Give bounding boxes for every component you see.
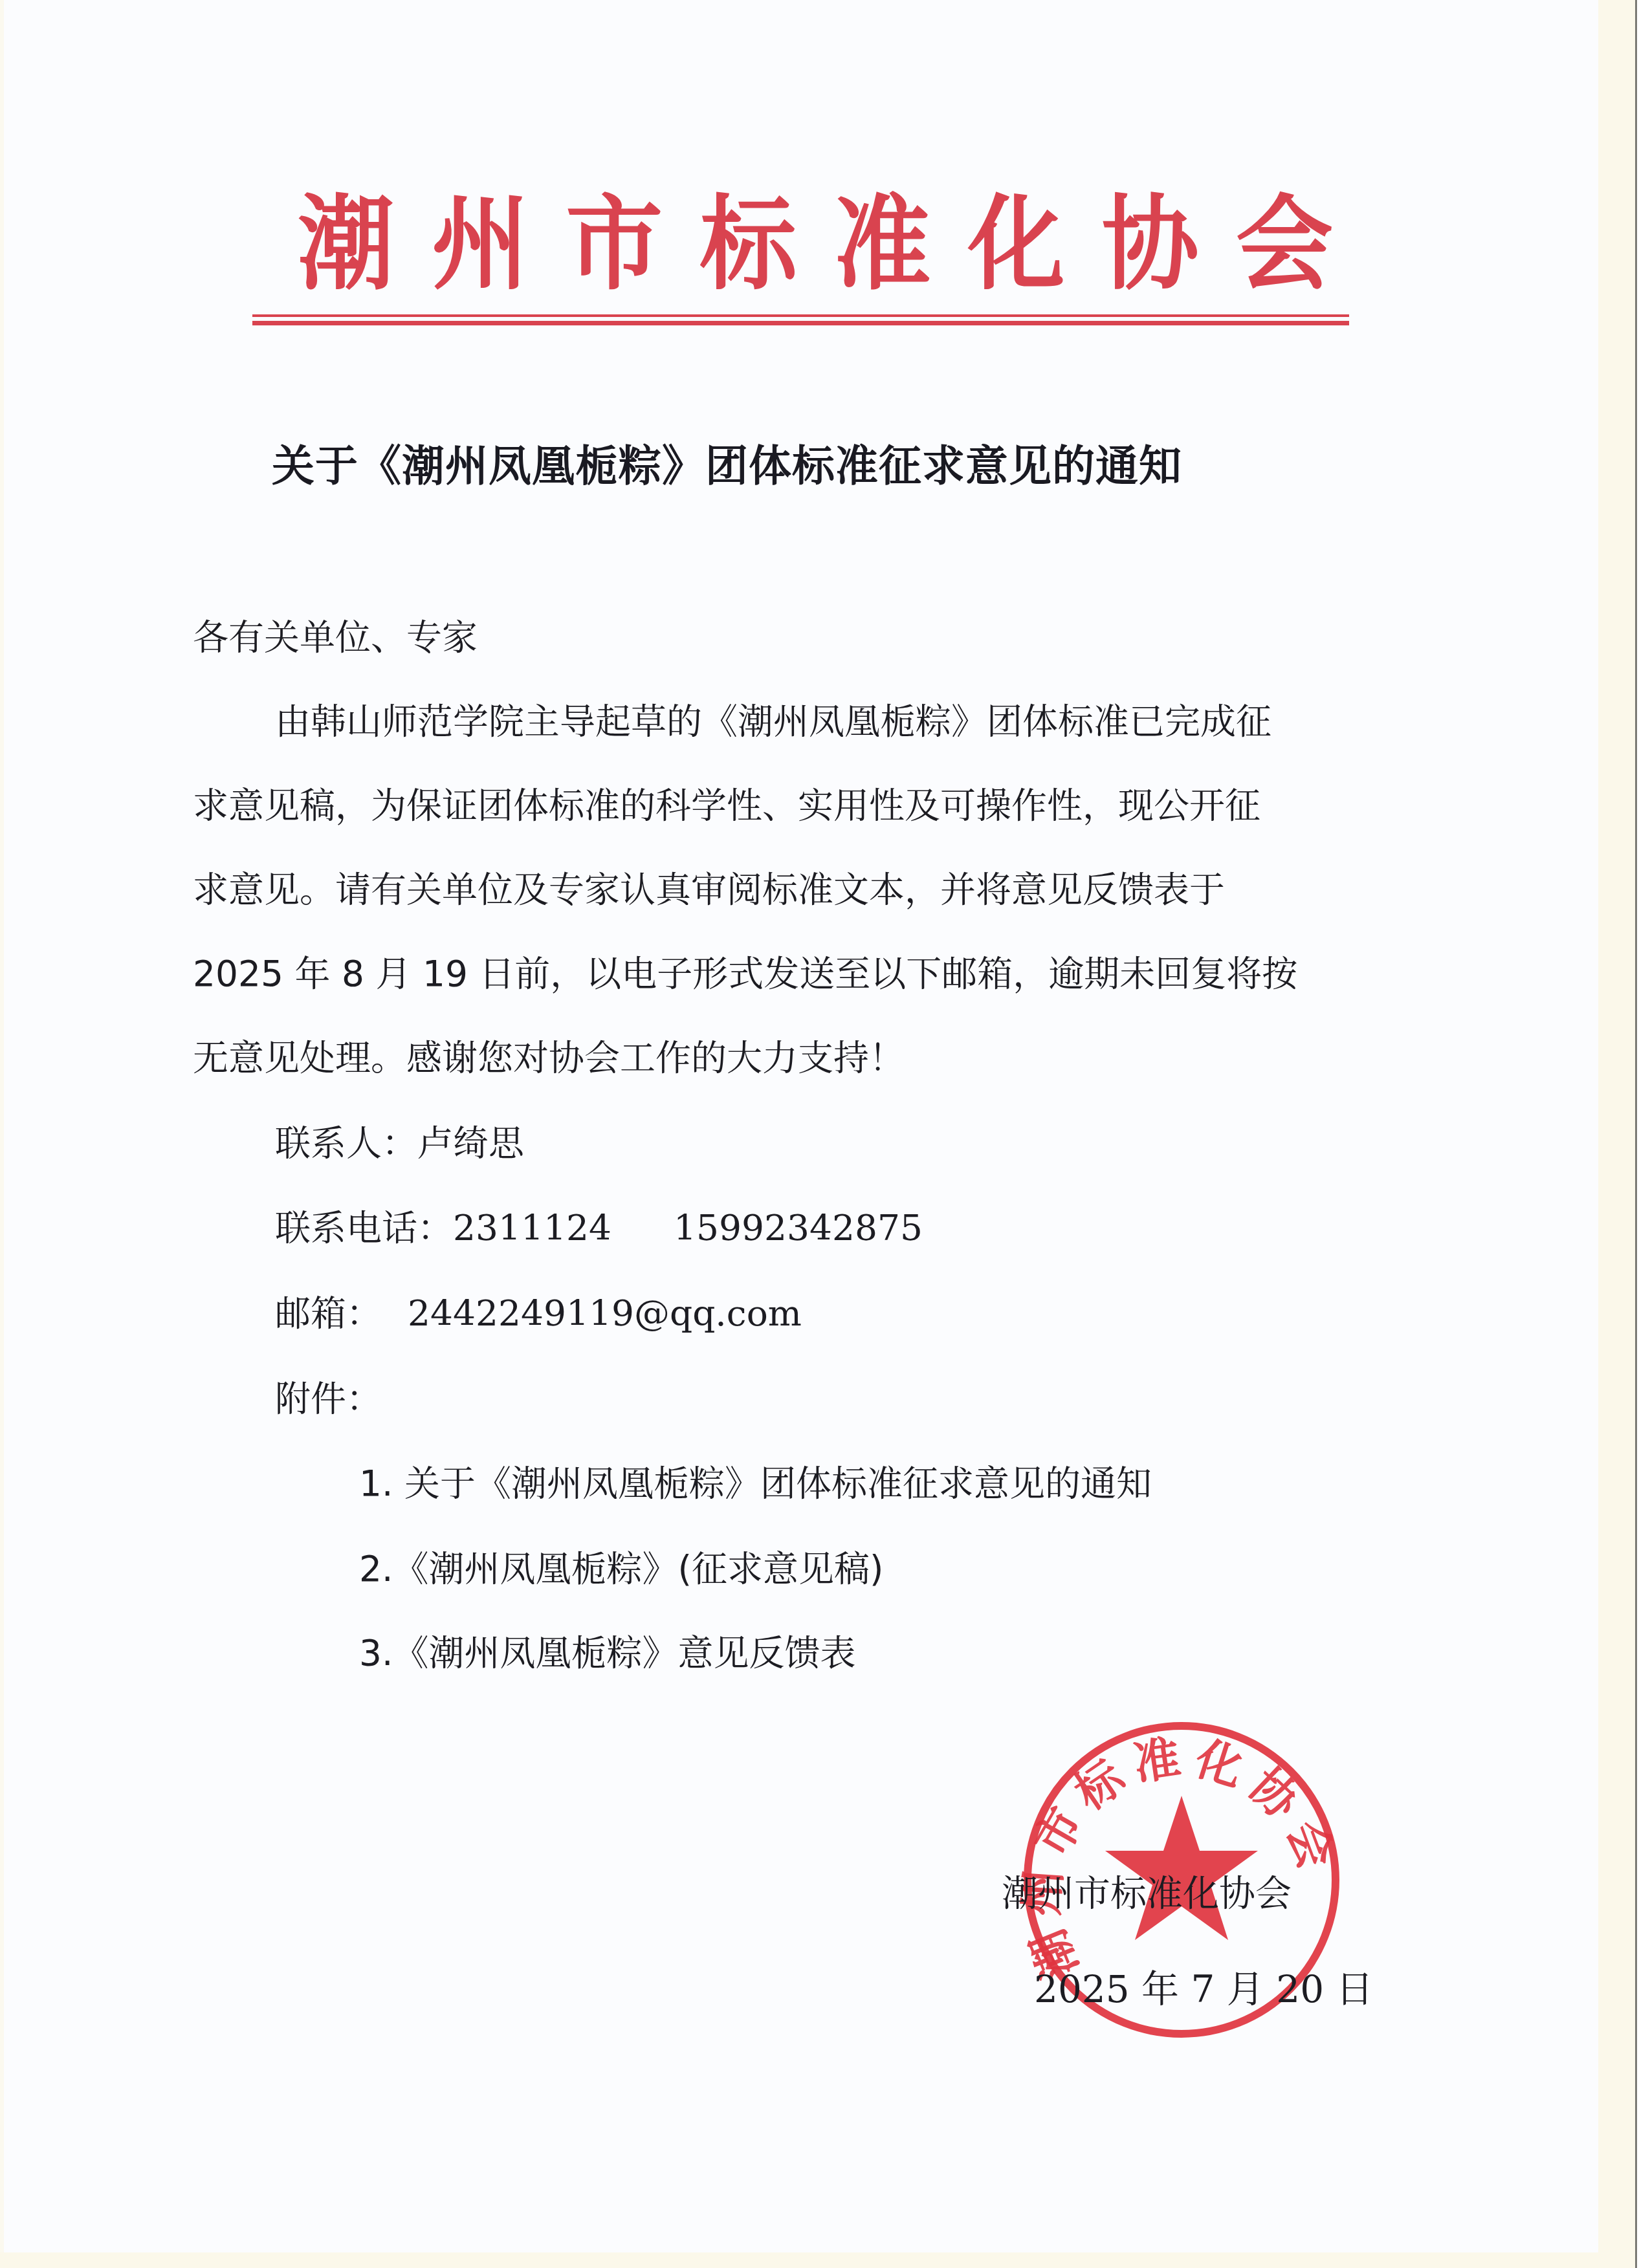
body-line: 由韩山师范学院主导起草的《潮州凤凰栀粽》团体标准已完成征 xyxy=(275,699,1271,744)
letterhead-char: 准 xyxy=(834,193,931,295)
contact-email-label: 邮箱： xyxy=(275,1292,382,1334)
salutation: 各有关单位、专家 xyxy=(193,615,478,660)
letterhead-org-name: 潮 州 市 标 准 化 协 会 xyxy=(298,189,1333,299)
body-line: 求意见。请有关单位及专家认真审阅标准文本，并将意见反馈表于 xyxy=(193,867,1225,912)
contact-phone-value-2: 15992342875 xyxy=(674,1207,923,1248)
contact-phone-value-1: 2311124 xyxy=(453,1207,611,1248)
contact-person: 联系人：卢绮思 xyxy=(275,1120,524,1166)
body-line: 求意见稿，为保证团体标准的科学性、实用性及可操作性，现公开征 xyxy=(193,783,1260,828)
letterhead-char: 市 xyxy=(566,193,663,295)
body-line: 2025 年 8 月 19 日前，以电子形式发送至以下邮箱，逾期未回复将按 xyxy=(193,951,1297,996)
contact-phone: 联系电话：231112415992342875 xyxy=(275,1205,923,1250)
attachment-item: 2.《潮州凤凰栀粽》(征求意见稿) xyxy=(359,1546,883,1591)
signature-org: 潮州市标准化协会 xyxy=(1002,1871,1292,1917)
attachments-label: 附件： xyxy=(275,1376,382,1421)
star-icon xyxy=(1105,1796,1258,1940)
scan-edge-far xyxy=(1637,0,1650,2268)
letterhead-char: 州 xyxy=(432,193,529,295)
contact-email-value: 2442249119@qq.com xyxy=(408,1292,802,1334)
contact-phone-label: 联系电话： xyxy=(275,1207,453,1248)
body-line: 无意见处理。感谢您对协会工作的大力支持！ xyxy=(193,1035,905,1080)
letterhead-char: 会 xyxy=(1236,193,1333,295)
contact-person-label: 联系人： xyxy=(275,1122,417,1164)
letterhead-char: 协 xyxy=(1102,193,1199,295)
letterhead-char: 潮 xyxy=(298,193,395,295)
attachment-item: 1. 关于《潮州凤凰栀粽》团体标准征求意见的通知 xyxy=(359,1461,1152,1506)
scan-edge-bottom xyxy=(0,2252,1635,2268)
scan-edge-left xyxy=(0,0,4,2252)
letterhead-char: 化 xyxy=(968,193,1065,295)
letterhead-char: 标 xyxy=(699,193,797,295)
letterhead-rule-thick xyxy=(252,321,1349,325)
scan-edge-right xyxy=(1598,0,1636,2268)
contact-person-value: 卢绮思 xyxy=(417,1122,524,1164)
signature-date: 2025 年 7 月 20 日 xyxy=(1034,1967,1374,2012)
letterhead-rule-thin xyxy=(252,314,1349,317)
attachment-item: 3.《潮州凤凰栀粽》意见反馈表 xyxy=(359,1630,855,1675)
document-title: 关于《潮州凤凰栀粽》团体标准征求意见的通知 xyxy=(272,437,1333,496)
contact-email: 邮箱：2442249119@qq.com xyxy=(275,1291,802,1336)
